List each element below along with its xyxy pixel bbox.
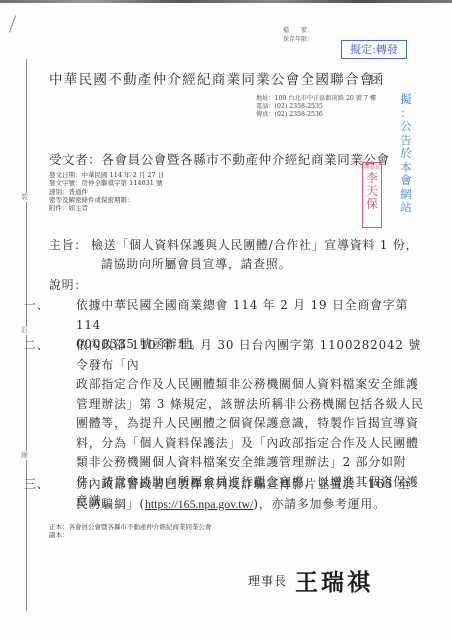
stamp-char: ：: [398, 107, 414, 121]
file-number-label: 檔 號：: [283, 26, 313, 35]
organization-title: 中華民國不動產仲介經紀商業同業公會全國聯合會: [49, 68, 375, 88]
attachment: 附件：如主旨: [49, 204, 164, 212]
stamp-char: 於: [398, 147, 414, 161]
stamp-char: 公: [398, 120, 414, 134]
item-line-with-link: 民防騙網」(https://165.npa.gov.tw/)，亦請多加參考運用。: [76, 495, 424, 515]
stamp-char: 本: [398, 161, 414, 175]
chairman-seal: 理事長 李 天 保: [362, 162, 382, 228]
seal-char: 天: [363, 185, 381, 198]
item-line: 料，分為「個人資料保護法」及「內政部指定合作及人民團體: [76, 434, 424, 454]
explanation-label: 說明：: [49, 276, 87, 293]
link-suffix: )，亦請多加參考運用。: [253, 497, 385, 511]
item-line: 管理辦法」第 3 條規定，該辦法所稱非公務機關包括各級人民: [76, 395, 424, 415]
phone: 電話：(02) 2358-2535: [256, 103, 376, 111]
stamp-char: 告: [398, 134, 414, 148]
copy-recipients: 副本：: [49, 531, 212, 539]
item-line: 依內政部 110 年 11 月 30 日台內團字第 1100282042 號令發…: [76, 336, 424, 375]
item-line: 依據中華民國全國商業總會 114 年 2 月 19 日全商會字第 114: [76, 296, 424, 335]
address: 地址：100 台北市中正區館前路 20 號 7 樓: [256, 95, 376, 103]
item-line: 政部指定合作及人民團體類非公務機關個人資料檔案安全維護: [76, 375, 424, 395]
document-meta: 發文日期：中華民國 114 年 2 月 27 日 發文字號：房仲全聯祺字第 11…: [49, 171, 164, 212]
binding-mark-zhuang: 裝: [21, 193, 28, 202]
stamp-char: 站: [398, 201, 414, 215]
original-recipients: 正本：各會員公會暨各縣市不動產仲介經紀商業同業公會: [49, 523, 212, 531]
distribution: 正本：各會員公會暨各縣市不動產仲介經紀商業同業公會 副本：: [49, 523, 212, 539]
item-line: 類非公務機關個人資料檔案安全維護管理辦法」2 部分如附: [76, 453, 424, 473]
retention-label: 保存年限：: [283, 35, 313, 44]
item-line: 團體等，為提升人民團體之個資保護意識，特製作旨揭宣導資: [76, 414, 424, 434]
draft-forward-stamp: 擬定:轉發: [341, 40, 407, 59]
item-number: 一、: [24, 296, 58, 316]
document-number: 發文字號：房仲全聯祺字第 114031 號: [49, 179, 164, 187]
website-notice-stamp: 擬 ： 公 告 於 本 會 網 站: [398, 93, 414, 215]
fax: 傳真：(02) 2358-2536: [256, 111, 376, 119]
item-number: 三、: [24, 475, 58, 495]
contact-info: 地址：100 台北市中正區館前路 20 號 7 樓 電話：(02) 2358-2…: [256, 95, 376, 119]
item-line: 另內政部警政署已製作系列反詐騙宣傳影片並置於「165 全: [76, 475, 424, 495]
signatory-title: 理事長: [248, 574, 287, 588]
subject-line-2: 請協助向所屬會員宣導，請查照。: [49, 255, 418, 274]
explanation-item-3: 三、 另內政部警政署已製作系列反詐騙宣傳影片並置於「165 全 民防騙網」(ht…: [24, 475, 424, 514]
stamp-char: 網: [398, 188, 414, 202]
document-type: 函: [370, 68, 384, 88]
security-level: 密等及解密條件或保密期限：: [49, 196, 164, 204]
pen-mark: [9, 15, 16, 32]
item-number: 二、: [24, 336, 58, 356]
seal-char: 保: [363, 198, 381, 211]
stamp-char: 會: [398, 174, 414, 188]
subject: 主旨：檢送「個人資料保護與人民團體/合作社」宣導資料 1 份， 請協助向所屬會員…: [49, 236, 418, 274]
signature: 理事長王瑞祺: [248, 564, 373, 597]
delivery-speed: 速別：普通件: [49, 188, 164, 196]
recipient: 受文者：各會員公會暨各縣市不動產仲介經紀商業同業公會: [49, 150, 390, 168]
stamp-char: 擬: [398, 93, 414, 107]
file-meta: 檔 號： 保存年限：: [283, 26, 313, 44]
subject-line-1: 檢送「個人資料保護與人民團體/合作社」宣導資料 1 份，: [91, 238, 418, 252]
subject-label: 主旨：: [49, 236, 91, 255]
signatory-name: 王瑞祺: [295, 570, 373, 596]
seal-char: 李: [363, 172, 381, 185]
link-prefix: 民防騙網」(: [76, 497, 145, 511]
scan-edge-strip: [0, 0, 452, 3]
anti-fraud-link[interactable]: https://165.npa.gov.tw/: [145, 497, 253, 511]
